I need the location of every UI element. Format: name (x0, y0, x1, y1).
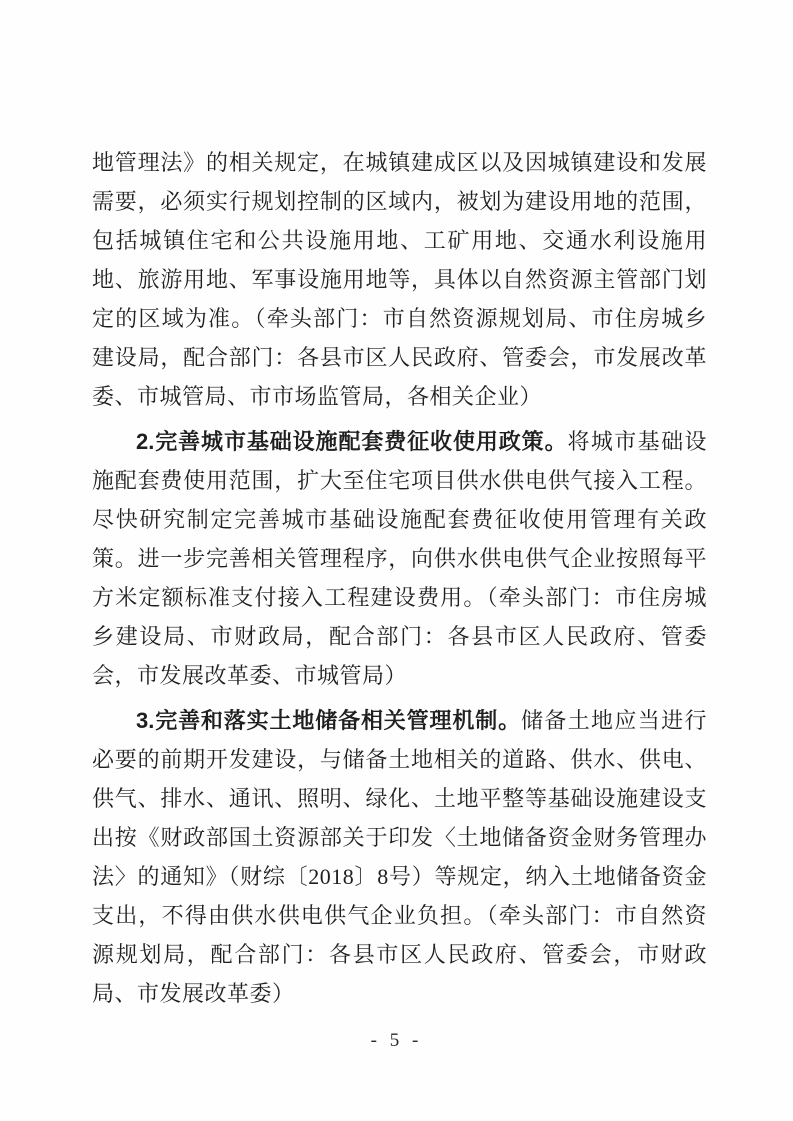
text-segment: 储备土地应当进行必要的前期开发建设，与储备土地相关的道路、供水、供电、供气、排水… (92, 708, 707, 1006)
text-segment: 地管理法》的相关规定，在城镇建成区以及因城镇建设和发展需要，必须实行规划控制的区… (92, 150, 707, 409)
paragraph-lead: 2.完善城市基础设施配套费征收使用政策。 (136, 429, 567, 454)
body-text: 地管理法》的相关规定，在城镇建成区以及因城镇建设和发展需要，必须实行规划控制的区… (92, 143, 707, 1013)
page-footer: - 5 - (0, 1030, 793, 1052)
page-number: - 5 - (371, 1030, 423, 1051)
paragraph: 3.完善和落实土地储备相关管理机制。储备土地应当进行必要的前期开发建设，与储备土… (92, 701, 707, 1013)
paragraph: 2.完善城市基础设施配套费征收使用政策。将城市基础设施配套费使用范围，扩大至住宅… (92, 422, 707, 695)
document-page: 地管理法》的相关规定，在城镇建成区以及因城镇建设和发展需要，必须实行规划控制的区… (0, 0, 793, 1121)
paragraph: 地管理法》的相关规定，在城镇建成区以及因城镇建设和发展需要，必须实行规划控制的区… (92, 143, 707, 416)
paragraph-lead: 3.完善和落实土地储备相关管理机制。 (136, 708, 521, 733)
text-segment: 将城市基础设施配套费使用范围，扩大至住宅项目供水供电供气接入工程。尽快研究制定完… (92, 429, 707, 688)
